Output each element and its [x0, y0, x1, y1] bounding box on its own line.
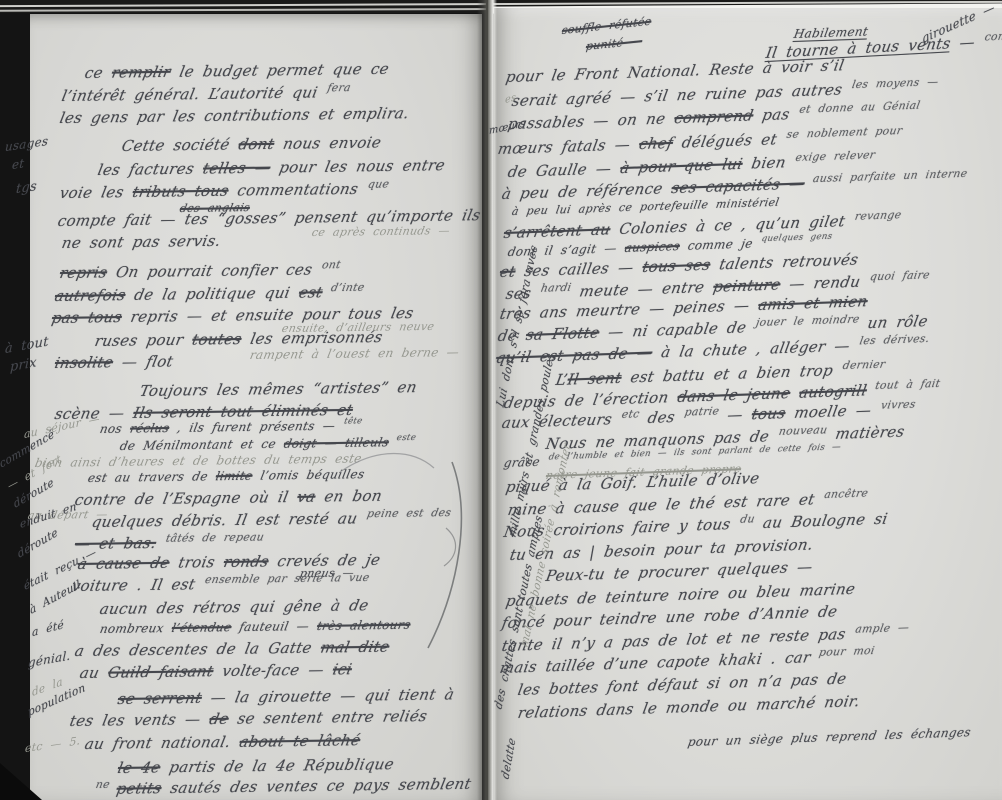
handwriting-text: — rendu: [779, 272, 871, 293]
handwriting-text: Peux-tu te procurer quelques —: [544, 558, 814, 585]
handwriting-text: bien: [741, 153, 796, 173]
handwriting-text: comme: [984, 28, 1002, 43]
handwriting-line: au Guild faisant volte-face — ici: [78, 660, 353, 682]
handwriting-text: délégués et: [671, 130, 787, 152]
handwriting-text: tout à fait: [867, 377, 942, 393]
handwriting-text: se sentent entre reliés: [227, 707, 429, 728]
handwriting-text: nous envoie: [272, 133, 382, 153]
handwriting-line: repris On pourrait confier ces ont: [58, 260, 342, 282]
handwriting-text: de Ménilmontant et ce: [119, 437, 286, 453]
handwriting-line: a des descentes de la Gatte mal dite: [73, 638, 391, 660]
handwriting-line: l’intérêt général. L’autorité qui fera: [60, 83, 351, 105]
handwriting-text: ample —: [854, 621, 910, 636]
struck-text: Guild faisant: [106, 662, 215, 682]
struck-text: l’étendue: [170, 620, 232, 635]
handwriting-text: trois: [168, 553, 226, 572]
handwriting-text: fauteuil —: [230, 619, 318, 634]
handwriting-text: piqué à la Goif. L’huile d’olive: [504, 469, 761, 496]
struck-text: peinture: [712, 275, 782, 295]
struck-text: tributs tous: [131, 182, 230, 201]
handwriting-text: l’intérêt général. L’autorité qui: [60, 83, 328, 105]
struck-text: très alentours: [316, 618, 412, 633]
handwriting-line: nombreux l’étendue fauteuil — très alent…: [99, 618, 412, 636]
handwriting-text: au: [78, 664, 110, 682]
handwriting-line: Toujours les mêmes “artistes” en: [138, 378, 418, 400]
handwriting-line: punité —: [585, 34, 643, 53]
struck-text: toutes: [191, 330, 244, 349]
gutter-crease: [486, 0, 488, 800]
handwriting-text: —: [949, 32, 985, 52]
right-page: souffle réfutéepunité —HabilementIl tour…: [494, 8, 1002, 800]
handwriting-text: de Gaulle —: [506, 159, 622, 181]
struck-text: le 4e: [116, 758, 162, 777]
margin-note: tgs: [15, 179, 37, 197]
handwriting-line: rampent à l’ouest en berne —: [249, 345, 461, 362]
handwriting-text: , ils furent présents —: [168, 419, 345, 435]
handwriting-text: dernier: [842, 357, 887, 372]
struck-text: insolite: [53, 353, 115, 372]
handwriting-text: au front national.: [83, 733, 241, 753]
struck-text: mal dite: [319, 638, 391, 657]
handwriting-text: en bon: [314, 487, 384, 506]
handwriting-text: à la chute , alléger —: [651, 336, 861, 361]
handwriting-text: tâtés de repeau: [165, 530, 266, 544]
handwriting-text: les factures: [96, 160, 205, 180]
struck-text: comprend: [673, 106, 755, 127]
handwriting-text: quoi faire: [869, 268, 931, 283]
handwriting-line: nos réclus , ils furent présents — tête: [99, 418, 363, 436]
handwriting-text: est au travers de: [87, 469, 218, 485]
handwriting-line: ne sont pas servis.: [60, 232, 222, 252]
handwriting-line: tes les vents — de se sentent entre reli…: [68, 707, 429, 730]
handwriting-text: que: [367, 177, 391, 190]
handwriting-line: Cette société dont nous envoie: [120, 133, 383, 155]
handwriting-text: d’inte: [322, 281, 366, 295]
handwriting-text: — ni capable de: [598, 318, 757, 342]
struck-text: sa Flotte: [525, 323, 601, 344]
handwriting-text: exige relever: [795, 148, 877, 164]
handwriting-text: les moyens —: [851, 75, 940, 91]
handwriting-text: et: [12, 156, 25, 172]
handwriting-line: ce remplir le budget permet que ce: [83, 60, 391, 82]
handwriting-text: quelques gens: [761, 232, 834, 245]
handwriting-line: aucun des rétros qui gêne à de: [98, 596, 370, 618]
handwriting-text: ce après continuds —: [311, 224, 451, 239]
handwriting-text: voiture . Il est: [70, 575, 206, 595]
struck-text: Il sent: [566, 369, 623, 389]
handwriting-line: le 4e partis de la 4e République: [116, 755, 396, 777]
handwriting-text: volte-face —: [212, 660, 335, 680]
struck-text: doigt — tilleuls: [283, 435, 391, 451]
handwriting-text: pour les nous entre: [269, 156, 447, 176]
handwriting-text: — la girouette — qui tient à: [200, 685, 456, 707]
margin-note: et: [12, 156, 25, 172]
handwriting-line: insolite — flot: [53, 352, 175, 372]
struck-text: petits: [115, 779, 163, 798]
struck-text: autrefois: [53, 286, 127, 305]
handwriting-line: ce après continuds —: [311, 224, 451, 239]
struck-text: about te lâché: [238, 731, 362, 751]
handwriting-text: aucun des rétros qui gêne à de: [98, 596, 370, 618]
struck-text: amis et mien: [757, 292, 869, 314]
handwriting-text: passables — on ne: [506, 109, 676, 133]
struck-text: tous: [750, 404, 787, 423]
handwriting-text: — flot: [111, 352, 175, 371]
handwriting-text: a des descentes de la Gatte: [73, 639, 322, 660]
handwriting-text: voie les: [58, 183, 134, 202]
struck-text: se serrent: [116, 689, 203, 708]
handwriting-text: moelle —: [784, 401, 882, 422]
struck-text: remplir: [110, 63, 172, 82]
handwriting-text: —: [717, 405, 754, 424]
handwriting-line: voie les tributs tous commentations que: [58, 179, 390, 202]
handwriting-text: revange: [854, 208, 903, 223]
handwriting-text: vivres: [880, 398, 917, 412]
handwriting-line: est au travers de limite l’omis béquille…: [87, 467, 366, 485]
struck-text: à pour que lui: [619, 155, 744, 177]
handwriting-text: ruses pour: [93, 331, 194, 350]
handwriting-text: aux électeurs: [500, 410, 622, 432]
handwriting-text: matières: [825, 422, 906, 443]
handwriting-text: hardi: [540, 281, 573, 295]
struck-text: punité —: [585, 34, 643, 53]
handwriting-text: quelques débris. Il est resté au: [90, 509, 368, 531]
handwriting-text: ne: [95, 778, 119, 791]
handwriting-line: quelques débris. Il est resté au peine e…: [90, 508, 452, 531]
handwriting-text: se noblement pour: [786, 124, 904, 141]
handwriting-text: etc: [621, 407, 641, 421]
handwriting-text: de la politique qui: [124, 284, 301, 304]
struck-text: chef: [638, 134, 675, 153]
handwriting-text: mœurs fatals —: [496, 135, 640, 158]
struck-text: ici: [331, 660, 353, 678]
handwriting-text: jouer le moindre: [755, 312, 861, 329]
struck-text: s’arrêtent au: [502, 220, 612, 242]
handwriting-text: rampent à l’ouest en berne —: [249, 345, 461, 362]
handwriting-text: comme je: [679, 236, 763, 253]
handwriting-text: commentations: [227, 180, 369, 200]
handwriting-text: tête: [343, 416, 363, 426]
struck-text: ses capacités —: [670, 174, 806, 197]
handwriting-line: — et bas. tâtés de repeau: [73, 532, 265, 553]
struck-text: pas tous: [50, 308, 123, 327]
struck-text: dans le jeune: [676, 384, 792, 406]
page-edge-stack: [0, 10, 30, 800]
handwriting-text: Toujours les mêmes “artistes” en: [138, 378, 418, 400]
struck-text: réclus: [129, 421, 171, 436]
handwriting-text: et donne au Génial: [798, 99, 921, 116]
handwriting-line: contre de l’Espagne où il va en bon: [73, 487, 384, 509]
handwriting-text: partis de la 4e République: [159, 755, 396, 776]
handwriting-text: ne sont pas servis.: [60, 232, 222, 252]
handwriting-text: la vue: [322, 571, 371, 585]
handwriting-line: les factures telles — pour les nous entr…: [96, 156, 447, 179]
handwriting-line: de Ménilmontant et ce doigt — tilleuls e…: [119, 435, 417, 453]
handwriting-line: autrefois de la politique qui est d’inte: [53, 283, 365, 305]
left-page: ce remplir le budget permet que cel’inté…: [30, 14, 482, 800]
handwriting-text: pas: [752, 105, 800, 125]
struck-text: auspices: [624, 239, 681, 255]
struck-text: limite: [215, 469, 254, 484]
handwriting-text: nombreux: [99, 621, 174, 636]
handwriting-text: pour un siège plus reprend les échanges: [687, 725, 972, 749]
handwriting-text: tgs: [15, 179, 37, 197]
handwriting-text: Cette société: [120, 135, 240, 155]
handwriting-text: les dérives.: [859, 332, 931, 348]
handwriting-line: piqué à la Goif. L’huile d’olive: [504, 469, 761, 496]
handwriting-text: nos: [99, 422, 132, 436]
handwriting-text: patrie: [684, 404, 721, 418]
handwriting-text: du: [739, 512, 756, 526]
handwriting-text: ensuite, d’ailleurs neuve: [281, 320, 436, 335]
handwriting-text: talents retrouvés: [709, 250, 860, 273]
handwriting-text: ensemble par série: [204, 571, 325, 586]
struck-text: tous ses: [641, 256, 712, 276]
handwriting-text: pour moi: [810, 644, 876, 659]
handwriting-text: este: [389, 433, 417, 443]
struck-text: ronds: [222, 552, 270, 571]
struck-text: dont: [237, 135, 276, 154]
handwriting-text: ont: [321, 258, 342, 271]
handwriting-line: ensuite, d’ailleurs neuve: [281, 320, 436, 335]
handwriting-line: Peux-tu te procurer quelques —: [544, 558, 814, 585]
handwriting-line: se serrent — la girouette — qui tient à: [116, 685, 456, 708]
handwriting-line: au front national. about te lâché: [83, 731, 362, 753]
handwriting-line: pour un siège plus reprend les échanges: [687, 725, 972, 749]
handwriting-text: ce: [83, 64, 114, 82]
handwriting-line: les gens par les contributions et emplir…: [58, 104, 411, 127]
handwriting-text: le budget permet que ce: [169, 60, 391, 81]
handwriting-line: ne petits sautés des ventes ce pays semb…: [93, 775, 473, 798]
handwriting-text: fera: [326, 81, 352, 94]
handwriting-text: nouveau: [778, 423, 829, 438]
handwriting-text: les gens par les contributions et emplir…: [58, 104, 411, 127]
handwriting-text: repris — et ensuite: [120, 305, 305, 326]
handwriting-line: voiture . Il est ensemble par série la v…: [70, 573, 370, 595]
struck-text: autogrill: [798, 381, 869, 401]
handwriting-text: On pourrait confier ces: [105, 260, 323, 281]
struck-text: telles —: [201, 159, 272, 178]
manuscript-scan: ce remplir le budget permet que cel’inté…: [0, 0, 1002, 800]
handwriting-text: sautés des ventes ce pays semblent: [160, 775, 473, 797]
handwriting-text: l’omis béquilles: [251, 467, 366, 483]
struck-text: repris: [58, 263, 109, 282]
handwriting-text: tes les vents —: [68, 710, 211, 730]
handwriting-text: un rôle: [857, 312, 929, 333]
handwriting-text: des: [637, 408, 685, 428]
handwriting-text: peine est des: [366, 506, 453, 520]
handwriting-text: au Boulogne si: [752, 510, 889, 533]
struck-text: est: [297, 283, 324, 301]
handwriting-text: ancêtre: [823, 486, 869, 501]
handwriting-text: contre de l’Espagne où il: [73, 488, 299, 509]
